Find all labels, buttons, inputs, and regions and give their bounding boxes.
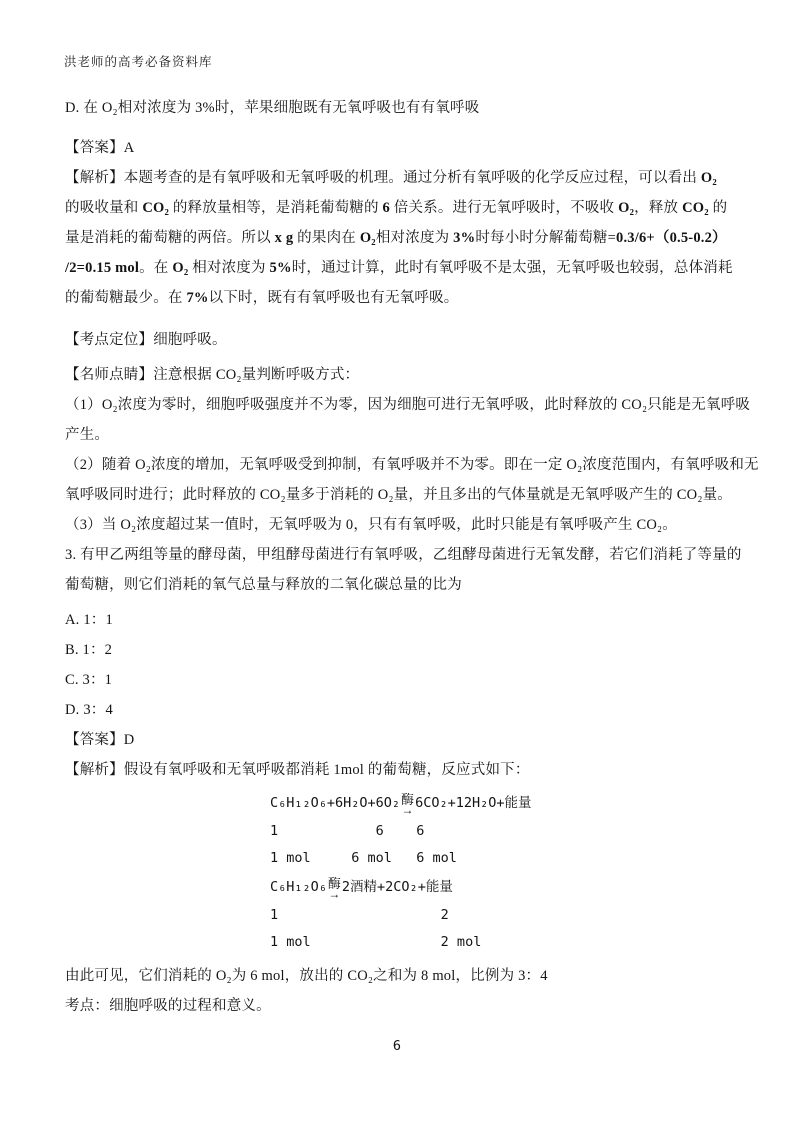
- text-run: 【答案】D: [65, 732, 134, 748]
- text-run: /2=0.15 mol: [65, 260, 139, 276]
- text-run: 【考点定位】细胞呼吸。: [65, 332, 227, 348]
- text-run: 0.3/6+（0.5-0.2）: [616, 230, 727, 246]
- text-run: O₂: [618, 200, 634, 216]
- text-run: 以下时，既有有氧呼吸也有无氧呼吸。: [209, 290, 459, 306]
- text-line: （2）随着 O₂浓度的增加，无氧呼吸受到抑制，有氧呼吸并不为零。即在一定 O₂浓…: [65, 450, 733, 480]
- text-line: 1 mol 6 mol 6 mol: [270, 845, 733, 872]
- text-line: 【名师点睛】注意根据 CO₂量判断呼吸方式：: [65, 360, 733, 390]
- text-run: D. 3：4: [65, 702, 113, 718]
- text-run: 1 2: [270, 907, 449, 923]
- text-run: O₂: [172, 260, 188, 276]
- document-page: 洪老师的高考必备资料库 D. 在 O₂相对浓度为 3%时，苹果细胞既有无氧呼吸也…: [0, 0, 794, 1123]
- text-run: C₆H₁₂O₆+6H₂O+6O₂: [270, 795, 400, 811]
- text-run: 1 6 6: [270, 823, 424, 839]
- text-run: 【解析】假设有氧呼吸和无氧呼吸都消耗 1mol 的葡萄糖，反应式如下：: [65, 762, 530, 778]
- text-run: 的吸收量和: [65, 200, 142, 216]
- text-line: C₆H₁₂O₆酶→2酒精+2CO₂+能量: [270, 872, 733, 902]
- text-line: D. 3：4: [65, 695, 733, 725]
- text-run: C. 3：1: [65, 672, 112, 688]
- text-run: 相对浓度为: [188, 260, 269, 276]
- text-run: 时，通过计算，此时有氧呼吸不是太强，无氧呼吸也较弱，总体消耗: [292, 260, 733, 276]
- text-run: x g: [275, 230, 294, 246]
- text-line: 的吸收量和 CO₂ 的释放量相等，是消耗葡萄糖的 6 倍关系。进行无氧呼吸时，不…: [65, 193, 733, 223]
- enzyme-over-arrow: 酶→: [328, 877, 341, 899]
- text-run: （3）当 O₂浓度超过某一值时，无氧呼吸为 0，只有有氧呼吸，此时只能是有氧呼吸…: [65, 517, 677, 533]
- text-run: ，释放: [634, 200, 682, 216]
- text-run: （2）随着 O₂浓度的增加，无氧呼吸受到抑制，有氧呼吸并不为零。即在一定 O₂浓…: [65, 457, 759, 473]
- text-line: 3. 有甲乙两组等量的酵母菌，甲组酵母菌进行有氧呼吸，乙组酵母菌进行无氧发酵，若…: [65, 540, 733, 570]
- text-line: 产生。: [65, 420, 733, 450]
- text-run: 【解析】本题考查的是有氧呼吸和无氧呼吸的机理。通过分析有氧呼吸的化学反应过程，可…: [65, 170, 701, 186]
- text-line: 【考点定位】细胞呼吸。: [65, 325, 733, 355]
- text-run: 葡萄糖，则它们消耗的氧气总量与释放的二氧化碳总量的比为: [65, 577, 462, 593]
- text-run: 相对浓度为: [376, 230, 453, 246]
- text-line: 【解析】假设有氧呼吸和无氧呼吸都消耗 1mol 的葡萄糖，反应式如下：: [65, 755, 733, 785]
- text-run: 1 mol 6 mol 6 mol: [270, 850, 457, 866]
- text-line: D. 在 O₂相对浓度为 3%时，苹果细胞既有无氧呼吸也有有氧呼吸: [65, 93, 733, 123]
- text-run: 6: [382, 200, 389, 216]
- text-run: 3%: [453, 230, 475, 246]
- text-run: CO₂: [682, 200, 709, 216]
- enzyme-over-arrow: 酶→: [401, 793, 414, 815]
- document-body: D. 在 O₂相对浓度为 3%时，苹果细胞既有无氧呼吸也有有氧呼吸【答案】A【解…: [65, 93, 733, 1021]
- text-run: 7%: [186, 290, 208, 306]
- text-line: 1 2: [270, 902, 733, 929]
- text-line: 1 6 6: [270, 818, 733, 845]
- text-run: 5%: [270, 260, 292, 276]
- text-run: 的释放量相等，是消耗葡萄糖的: [169, 200, 382, 216]
- text-run: 倍关系。进行无氧呼吸时，不吸收: [390, 200, 618, 216]
- text-line: 的葡萄糖最少。在 7%以下时，既有有氧呼吸也有无氧呼吸。: [65, 283, 733, 313]
- text-run: B. 1：2: [65, 642, 112, 658]
- text-line: 1 mol 2 mol: [270, 929, 733, 956]
- text-run: D. 在 O₂相对浓度为 3%时，苹果细胞既有无氧呼吸也有有氧呼吸: [65, 100, 479, 116]
- text-line: C₆H₁₂O₆+6H₂O+6O₂酶→6CO₂+12H₂O+能量: [270, 788, 733, 818]
- text-run: 的果肉在: [293, 230, 359, 246]
- text-run: CO₂: [142, 200, 169, 216]
- text-run: 【答案】A: [65, 140, 134, 156]
- text-line: 葡萄糖，则它们消耗的氧气总量与释放的二氧化碳总量的比为: [65, 570, 733, 600]
- text-run: 2酒精+2CO₂+能量: [342, 879, 453, 895]
- text-run: （1）O₂浓度为零时，细胞呼吸强度并不为零，因为细胞可进行无氧呼吸，此时释放的 …: [65, 397, 750, 413]
- text-line: B. 1：2: [65, 635, 733, 665]
- text-run: 3. 有甲乙两组等量的酵母菌，甲组酵母菌进行有氧呼吸，乙组酵母菌进行无氧发酵，若…: [65, 547, 742, 563]
- page-header: 洪老师的高考必备资料库: [64, 52, 213, 70]
- text-run: 的葡萄糖最少。在: [65, 290, 186, 306]
- text-line: 【解析】本题考查的是有氧呼吸和无氧呼吸的机理。通过分析有氧呼吸的化学反应过程，可…: [65, 163, 733, 193]
- text-run: C₆H₁₂O₆: [270, 879, 327, 895]
- text-line: 由此可见，它们消耗的 O₂为 6 mol，放出的 CO₂之和为 8 mol，比例…: [65, 961, 733, 991]
- text-run: 6CO₂+12H₂O+能量: [415, 795, 531, 811]
- text-line: C. 3：1: [65, 665, 733, 695]
- text-line: /2=0.15 mol。在 O₂ 相对浓度为 5%时，通过计算，此时有氧呼吸不是…: [65, 253, 733, 283]
- text-line: 量是消耗的葡萄糖的两倍。所以 x g 的果肉在 O₂相对浓度为 3%时每小时分解…: [65, 223, 733, 253]
- text-line: 考点：细胞呼吸的过程和意义。: [65, 991, 733, 1021]
- text-run: 的: [709, 200, 728, 216]
- text-run: 考点：细胞呼吸的过程和意义。: [65, 998, 271, 1014]
- text-run: O₂: [701, 170, 717, 186]
- text-line: 【答案】D: [65, 725, 733, 755]
- text-run: 由此可见，它们消耗的 O₂为 6 mol，放出的 CO₂之和为 8 mol，比例…: [65, 968, 548, 984]
- text-line: 【答案】A: [65, 133, 733, 163]
- text-run: 产生。: [65, 427, 109, 443]
- text-line: A. 1：1: [65, 605, 733, 635]
- text-run: 时每小时分解葡萄糖=: [475, 230, 616, 246]
- text-line: （3）当 O₂浓度超过某一值时，无氧呼吸为 0，只有有氧呼吸，此时只能是有氧呼吸…: [65, 510, 733, 540]
- text-run: A. 1：1: [65, 612, 113, 628]
- page-number: 6: [0, 1038, 794, 1054]
- text-run: 【名师点睛】注意根据 CO₂量判断呼吸方式：: [65, 367, 359, 383]
- text-run: 1 mol 2 mol: [270, 934, 481, 950]
- text-run: O₂: [360, 230, 376, 246]
- text-run: 量是消耗的葡萄糖的两倍。所以: [65, 230, 275, 246]
- text-line: （1）O₂浓度为零时，细胞呼吸强度并不为零，因为细胞可进行无氧呼吸，此时释放的 …: [65, 390, 733, 420]
- text-line: 氧呼吸同时进行；此时释放的 CO₂量多于消耗的 O₂量，并且多出的气体量就是无氧…: [65, 480, 733, 510]
- text-run: 氧呼吸同时进行；此时释放的 CO₂量多于消耗的 O₂量，并且多出的气体量就是无氧…: [65, 487, 732, 503]
- text-run: 。在: [139, 260, 172, 276]
